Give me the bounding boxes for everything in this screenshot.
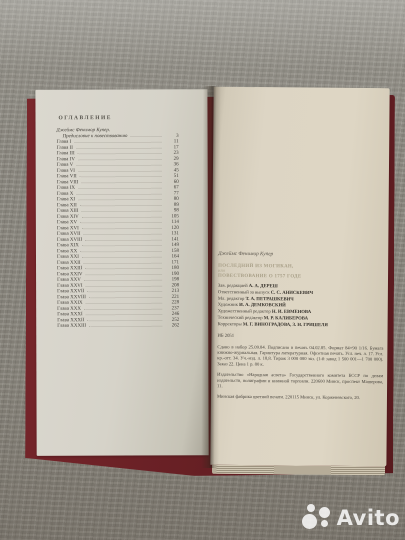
- dot-leader: [78, 171, 162, 172]
- dot-leader: [78, 153, 162, 154]
- dot-leader: [89, 297, 162, 298]
- avito-logo-icon: [302, 503, 332, 533]
- dot-leader: [86, 274, 163, 275]
- avito-watermark: Avito: [302, 503, 400, 533]
- dot-leader: [87, 291, 162, 292]
- avito-wordmark: Avito: [337, 503, 400, 533]
- dot-leader: [80, 251, 162, 252]
- dot-leader: [80, 176, 162, 177]
- dot-leader: [86, 286, 163, 287]
- dot-leader: [84, 280, 162, 281]
- dot-leader: [76, 194, 161, 195]
- staff-role: Мл. редактор: [218, 296, 245, 301]
- chapter-page-number: 262: [164, 322, 179, 328]
- staff-name: И. А. ДЕМКОВСКИЙ: [239, 303, 286, 308]
- staff-name: М. Р. КАЛИБЕРОВА: [264, 316, 308, 321]
- dot-leader: [76, 148, 162, 149]
- dot-leader: [82, 257, 162, 258]
- dot-leader: [81, 182, 161, 183]
- staff-list: Зав. редакцией А. А. ДЕРЕШ Ответственный…: [218, 283, 384, 329]
- dot-leader: [78, 159, 162, 160]
- toc-header: ОГЛАВЛЕНИЕ: [58, 114, 178, 120]
- book-subtitle: ПОВЕСТВОВАНИЕ О 1757 ГОДЕ: [218, 273, 384, 280]
- chapter-label: Глава XXXIII: [57, 323, 86, 329]
- colophon-block: Джеймс Фенимор Купер ПОСЛЕДНИЙ ИЗ МОГИКА…: [217, 251, 384, 401]
- dot-leader: [89, 326, 162, 327]
- page-edge-stack: [212, 465, 385, 476]
- dot-leader: [130, 136, 161, 137]
- staff-name: С. С. АНИСКЕВИЧ: [271, 290, 313, 295]
- toc-block: ОГЛАВЛЕНИЕ Джеймс Фенимор Купер. Предисл…: [35, 89, 208, 456]
- staff-line: Корректоры М. Г. ВИНОГРАДОВА, З. Н. ГРИШ…: [218, 321, 384, 329]
- staff-role: Технический редактор: [218, 315, 263, 320]
- dot-leader: [74, 142, 161, 143]
- staff-role: Ответственный за выпуск: [218, 290, 270, 295]
- dot-leader: [78, 188, 162, 189]
- ib-number: ИБ 2051: [217, 333, 383, 339]
- dot-leader: [80, 205, 162, 206]
- dot-leader: [84, 309, 162, 310]
- staff-role: Художник: [218, 302, 238, 307]
- staff-name: А. А. ДЕРЕШ: [249, 284, 278, 289]
- dot-leader: [82, 217, 162, 218]
- dot-leader: [86, 314, 163, 315]
- book-photo: ОГЛАВЛЕНИЕ Джеймс Фенимор Купер. Предисл…: [0, 0, 405, 540]
- dot-leader: [80, 222, 162, 223]
- staff-name: Н. И. ЕВМЕНОВА: [272, 309, 311, 314]
- dot-leader: [82, 245, 162, 246]
- toc-chapter-list: Глава I 11 Глава II 17 Глава III 23 Глав…: [57, 138, 180, 328]
- dot-leader: [87, 320, 162, 321]
- dot-leader: [86, 303, 163, 304]
- left-page-contents: ОГЛАВЛЕНИЕ Джеймс Фенимор Купер. Предисл…: [35, 89, 208, 456]
- dot-leader: [81, 211, 161, 212]
- staff-role: Художественный редактор: [218, 309, 271, 314]
- dot-leader: [85, 268, 162, 269]
- dot-leader: [85, 240, 162, 241]
- right-page-colophon: Джеймс Фенимор Купер ПОСЛЕДНИЙ ИЗ МОГИКА…: [210, 87, 389, 467]
- staff-name: М. Г. ВИНОГРАДОВА, З. Н. ГРИШЕЛЯ: [243, 322, 328, 328]
- dot-leader: [82, 228, 162, 229]
- staff-role: Зав. редакцией: [218, 283, 248, 288]
- publisher-text: Издательство «Народная асвета» Государст…: [217, 372, 383, 391]
- printer-text: Минская фабрика цветной печати. 220115 М…: [217, 394, 383, 401]
- dot-leader: [78, 199, 162, 200]
- toc-row: Глава XXXIII 262: [57, 322, 179, 328]
- dot-leader: [83, 234, 161, 235]
- staff-role: Корректоры: [218, 322, 242, 327]
- imprint-text: Сдано в набор 25.09.84. Подписано в печа…: [217, 344, 383, 368]
- open-book: ОГЛАВЛЕНИЕ Джеймс Фенимор Купер. Предисл…: [23, 83, 397, 481]
- staff-name: Т. А. ПЕТРАШКЕВИЧ: [246, 296, 294, 301]
- dot-leader: [84, 263, 162, 264]
- colophon-author: Джеймс Фенимор Купер: [218, 251, 384, 258]
- dot-leader: [76, 165, 161, 166]
